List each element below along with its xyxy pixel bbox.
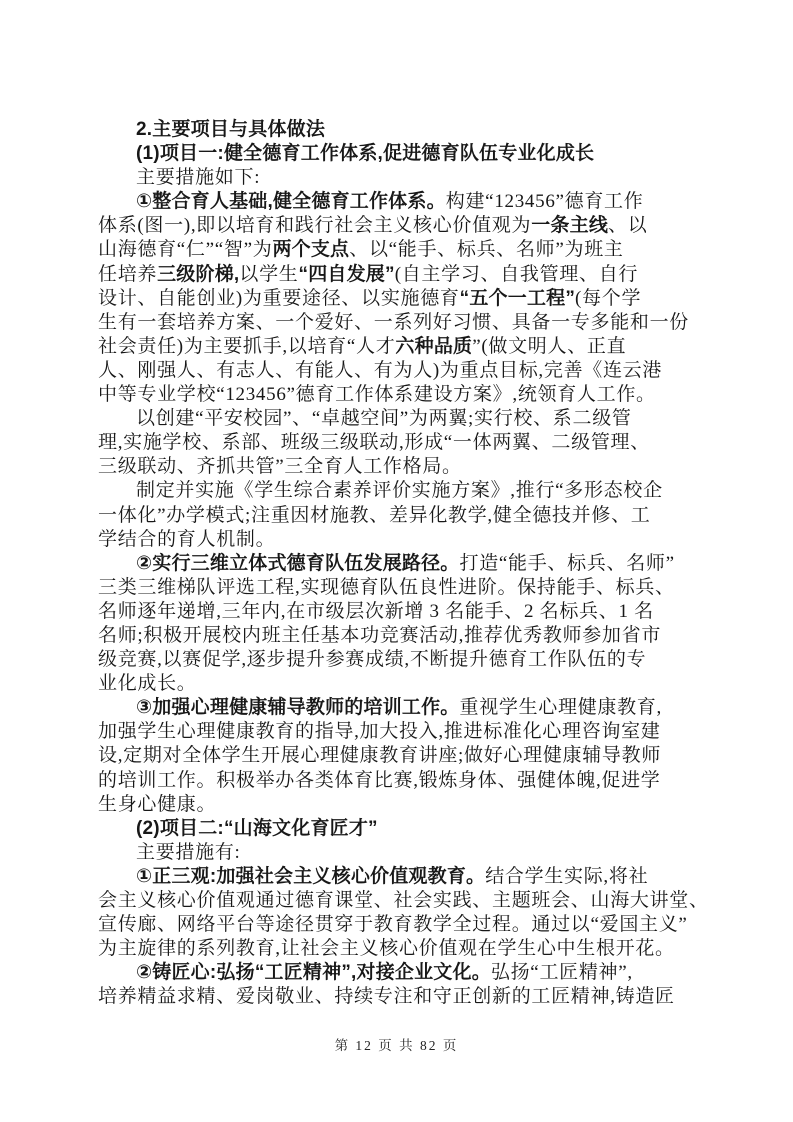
bold-text-run: “五个一工程”: [460, 288, 575, 309]
text-line: 级竞赛,以赛促学,逐步提升参赛成绩,不断提升德育工作队伍的专: [98, 648, 694, 672]
text-run: (每个学: [575, 288, 641, 309]
text-line: (2)项目二:“山海文化育匠才”: [98, 817, 694, 841]
text-run: 的培训工作。积极举办各类体育比赛,锻炼身体、强健体魄,促进学: [98, 770, 661, 791]
text-run: 、以“能手、标兵、名师”为班主: [349, 239, 623, 260]
text-run: 主要措施如下:: [136, 167, 260, 188]
text-line: 主要措施如下:: [98, 166, 694, 190]
document-lines: 2.主要项目与具体做法(1)项目一:健全德育工作体系,促进德育队伍专业化成长主要…: [98, 118, 694, 1009]
text-line: 学结合的育人机制。: [98, 528, 694, 552]
text-line: 设计、自能创业)为重要途径、以实施德育“五个一工程”(每个学: [98, 287, 694, 311]
text-line: 主要措施有:: [98, 841, 694, 865]
bold-text-run: 一条主线: [531, 215, 608, 236]
text-line: 山海德育“仁”“智”为两个支点、以“能手、标兵、名师”为班主: [98, 238, 694, 262]
text-run: ”(做文明人、正直: [472, 336, 626, 357]
text-run: 重视学生心理健康教育,: [460, 697, 662, 718]
text-line: 2.主要项目与具体做法: [98, 118, 694, 142]
text-run: 结合学生实际,将社: [485, 866, 648, 887]
text-line: 名师;积极开展校内班主任基本功竞赛活动,推荐优秀教师参加省市: [98, 624, 694, 648]
page-footer: 第 12 页 共 82 页: [0, 1034, 793, 1054]
text-run: 主要措施有:: [136, 842, 240, 863]
text-run: 人、刚强人、有志人、有能人、有为人)为重点目标,完善《连云港: [98, 360, 662, 381]
text-line: 业化成长。: [98, 672, 694, 696]
bold-text-run: 三级阶梯,: [157, 264, 239, 285]
text-run: 生身心健康。: [98, 794, 216, 815]
text-run: 会主义核心价值观通过德育课堂、社会实践、主题班会、山海大讲堂、: [98, 890, 709, 911]
text-run: 三级联动、齐抓共管”三全育人工作格局。: [98, 456, 462, 477]
text-run: 级竞赛,以赛促学,逐步提升参赛成绩,不断提升德育工作队伍的专: [98, 649, 646, 670]
bold-text-run: ③加强心理健康辅导教师的培训工作。: [136, 697, 460, 718]
text-line: 任培养三级阶梯,以学生“四自发展”(自主学习、自我管理、自行: [98, 263, 694, 287]
text-run: 三类三维梯队评选工程,实现德育队伍良性进阶。保持能手、标兵、: [98, 577, 675, 598]
text-run: 弘扬“工匠精神”,: [491, 962, 633, 983]
text-run: 业化成长。: [98, 673, 197, 694]
text-run: 学结合的育人机制。: [98, 529, 275, 550]
text-line: 设,定期对全体学生开展心理健康教育讲座;做好心理健康辅导教师: [98, 744, 694, 768]
text-line: ③加强心理健康辅导教师的培训工作。重视学生心理健康教育,: [98, 696, 694, 720]
text-line: 生有一套培养方案、一个爱好、一系列好习惯、具备一专多能和一份: [98, 311, 694, 335]
text-line: 社会责任)为主要抓手,以培育“人才六种品质”(做文明人、正直: [98, 335, 694, 359]
bold-text-run: 2.主要项目与具体做法: [136, 119, 325, 140]
bold-text-run: ②铸匠心:弘扬“工匠精神”,对接企业文化。: [136, 962, 491, 983]
bold-text-run: ②实行三维立体式德育队伍发展路径。: [136, 553, 460, 574]
text-run: 体系(图一),即以培育和践行社会主义核心价值观为: [98, 215, 531, 236]
text-line: ②实行三维立体式德育队伍发展路径。打造“能手、标兵、名师”: [98, 552, 694, 576]
text-line: ①正三观:加强社会主义核心价值观教育。结合学生实际,将社: [98, 865, 694, 889]
text-run: 中等专业学校“123456”德育工作体系建设方案》,统领育人工作。: [98, 384, 656, 405]
bold-text-run: (2)项目二:“山海文化育匠才”: [136, 818, 378, 839]
text-run: 以学生: [239, 264, 298, 285]
text-run: (自主学习、自我管理、自行: [395, 264, 638, 285]
text-line: (1)项目一:健全德育工作体系,促进德育队伍专业化成长: [98, 142, 694, 166]
text-run: 培养精益求精、爱岗敬业、持续专注和守正创新的工匠精神,铸造匠: [98, 986, 675, 1007]
text-run: 、以: [608, 215, 647, 236]
text-run: 名师逐年递增,三年内,在市级层次新增 3 名能手、2 名标兵、1 名: [98, 601, 654, 622]
bold-text-run: ①正三观:加强社会主义核心价值观教育。: [136, 866, 485, 887]
text-line: 制定并实施《学生综合素养评价实施方案》,推行“多形态校企: [98, 479, 694, 503]
text-line: 人、刚强人、有志人、有能人、有为人)为重点目标,完善《连云港: [98, 359, 694, 383]
text-line: 培养精益求精、爱岗敬业、持续专注和守正创新的工匠精神,铸造匠: [98, 985, 694, 1009]
text-run: 任培养: [98, 264, 157, 285]
text-run: 设,定期对全体学生开展心理健康教育讲座;做好心理健康辅导教师: [98, 745, 661, 766]
bold-text-run: 两个支点: [272, 239, 349, 260]
text-line: ②铸匠心:弘扬“工匠精神”,对接企业文化。弘扬“工匠精神”,: [98, 961, 694, 985]
text-run: 宣传廊、网络平台等途径贯穿于教育教学全过程。通过以“爱国主义”: [98, 914, 688, 935]
text-run: 设计、自能创业)为重要途径、以实施德育: [98, 288, 460, 309]
text-line: ①整合育人基础,健全德育工作体系。构建“123456”德育工作: [98, 190, 694, 214]
text-line: 加强学生心理健康教育的指导,加大投入,推进标准化心理咨询室建: [98, 720, 694, 744]
text-line: 理,实施学校、系部、班级三级联动,形成“一体两翼、二级管理、: [98, 431, 694, 455]
text-run: 理,实施学校、系部、班级三级联动,形成“一体两翼、二级管理、: [98, 432, 650, 453]
text-line: 生身心健康。: [98, 793, 694, 817]
text-line: 一体化”办学模式;注重因材施教、差异化教学,健全德技并修、工: [98, 504, 694, 528]
text-line: 为主旋律的系列教育,让社会主义核心价值观在学生心中生根开花。: [98, 937, 694, 961]
bold-text-run: (1)项目一:健全德育工作体系,促进德育队伍专业化成长: [136, 143, 594, 164]
text-run: 打造“能手、标兵、名师”: [460, 553, 675, 574]
text-run: 为主旋律的系列教育,让社会主义核心价值观在学生心中生根开花。: [98, 938, 675, 959]
bold-text-run: “四自发展”: [299, 264, 395, 285]
text-line: 三级联动、齐抓共管”三全育人工作格局。: [98, 455, 694, 479]
bold-text-run: ①整合育人基础,健全德育工作体系。: [136, 191, 446, 212]
document-page: 2.主要项目与具体做法(1)项目一:健全德育工作体系,促进德育队伍专业化成长主要…: [0, 0, 793, 1122]
text-run: 制定并实施《学生综合素养评价实施方案》,推行“多形态校企: [136, 480, 663, 501]
text-run: 构建“123456”德育工作: [446, 191, 644, 212]
text-line: 名师逐年递增,三年内,在市级层次新增 3 名能手、2 名标兵、1 名: [98, 600, 694, 624]
text-line: 会主义核心价值观通过德育课堂、社会实践、主题班会、山海大讲堂、: [98, 889, 694, 913]
text-run: 生有一套培养方案、一个爱好、一系列好习惯、具备一专多能和一份: [98, 312, 689, 333]
text-line: 体系(图一),即以培育和践行社会主义核心价值观为一条主线、以: [98, 214, 694, 238]
text-line: 宣传廊、网络平台等途径贯穿于教育教学全过程。通过以“爱国主义”: [98, 913, 694, 937]
text-run: 社会责任)为主要抓手,以培育“人才: [98, 336, 395, 357]
text-run: 加强学生心理健康教育的指导,加大投入,推进标准化心理咨询室建: [98, 721, 661, 742]
text-run: 一体化”办学模式;注重因材施教、差异化教学,健全德技并修、工: [98, 505, 650, 526]
text-run: 名师;积极开展校内班主任基本功竞赛活动,推荐优秀教师参加省市: [98, 625, 661, 646]
text-line: 以创建“平安校园”、“卓越空间”为两翼;实行校、系二级管: [98, 407, 694, 431]
text-line: 三类三维梯队评选工程,实现德育队伍良性进阶。保持能手、标兵、: [98, 576, 694, 600]
page-number: 第 12 页 共 82 页: [335, 1038, 459, 1053]
text-run: 山海德育“仁”“智”为: [98, 239, 272, 260]
text-line: 的培训工作。积极举办各类体育比赛,锻炼身体、强健体魄,促进学: [98, 769, 694, 793]
text-run: 以创建“平安校园”、“卓越空间”为两翼;实行校、系二级管: [136, 408, 632, 429]
text-line: 中等专业学校“123456”德育工作体系建设方案》,统领育人工作。: [98, 383, 694, 407]
bold-text-run: 六种品质: [395, 336, 472, 357]
